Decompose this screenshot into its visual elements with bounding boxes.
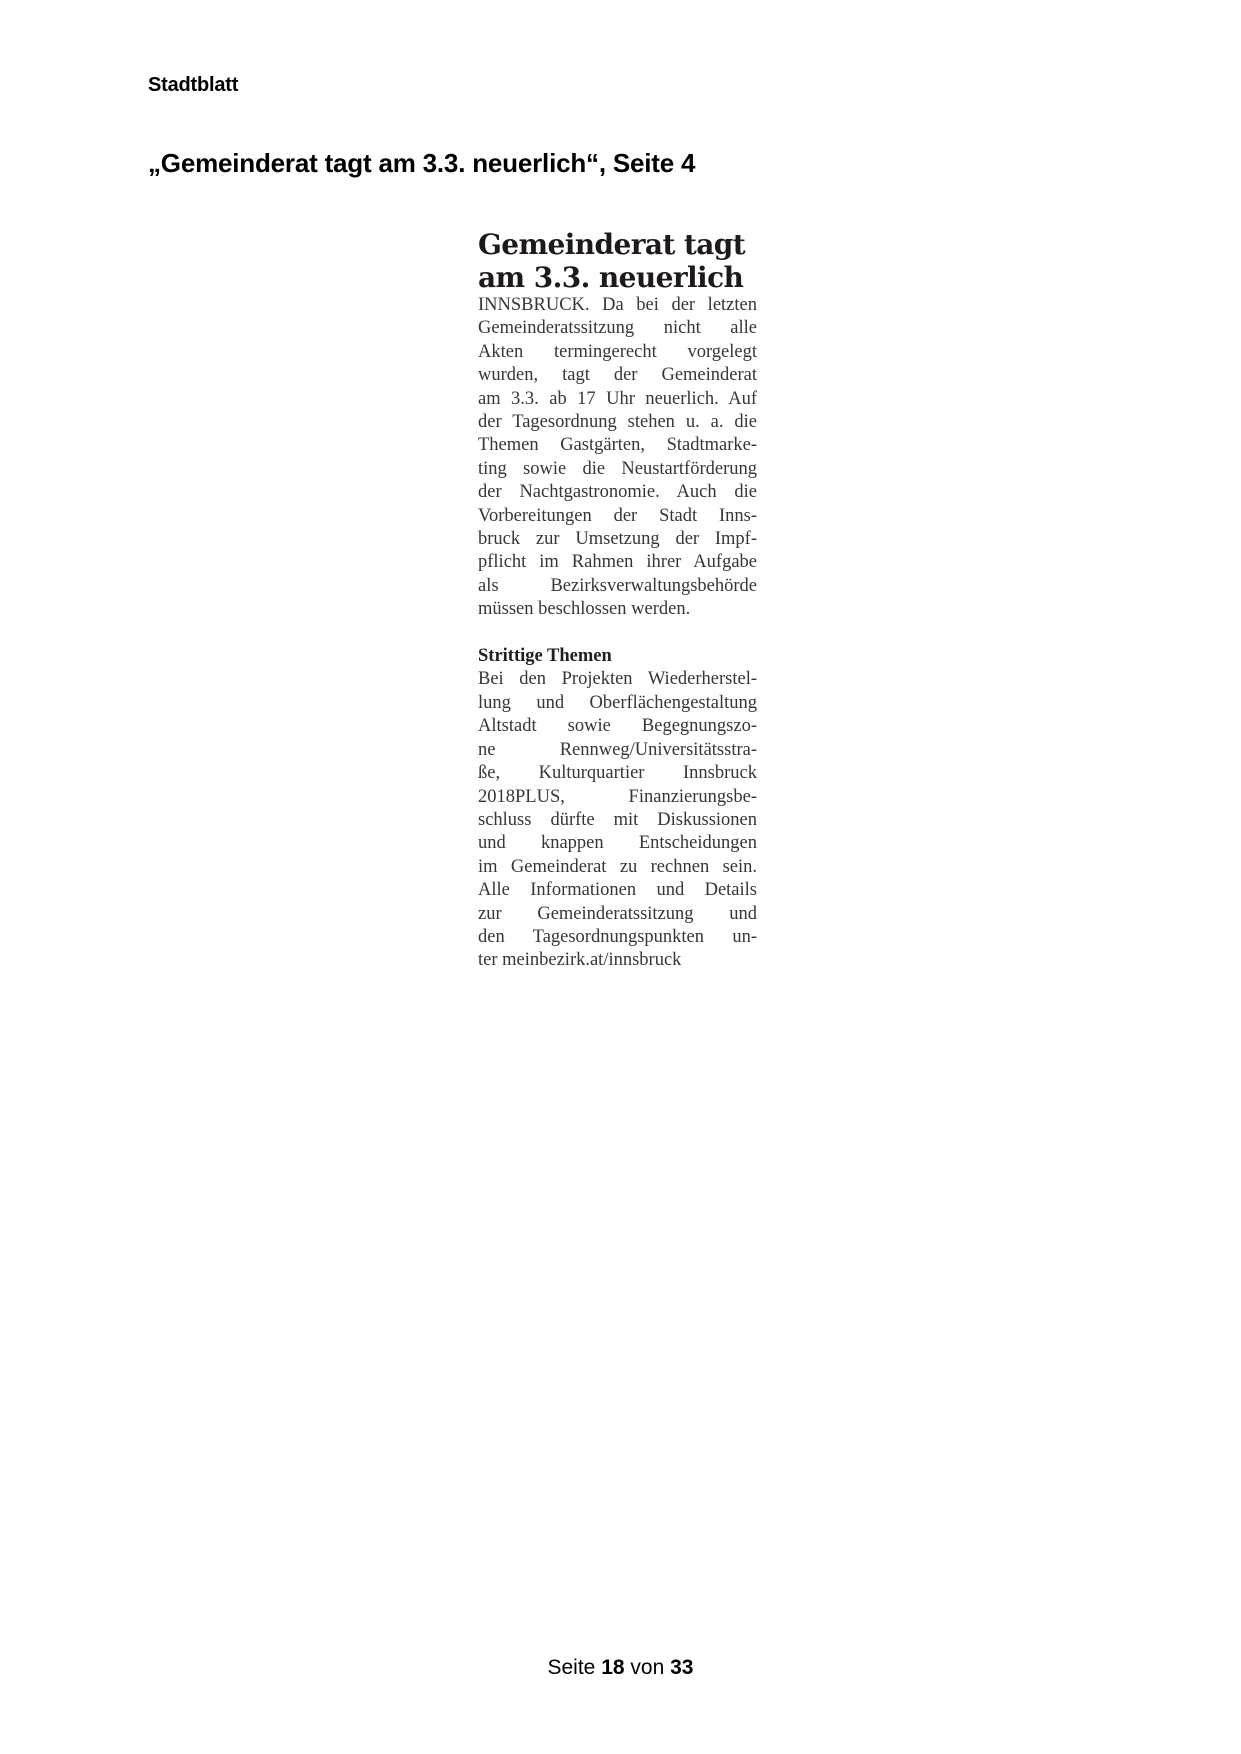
text-line: ne Rennweg/Universitätsstra- xyxy=(478,739,757,762)
text-line: ße, Kulturquartier Innsbruck xyxy=(478,762,757,785)
text-line: pflicht im Rahmen ihrer Aufgabe xyxy=(478,551,757,574)
article-title-line: am 3.3. neuerlich xyxy=(478,261,757,294)
article-title: Gemeinderat tagt am 3.3. neuerlich xyxy=(478,228,757,294)
text-line: müssen beschlossen werden. xyxy=(478,598,757,621)
text-line: Akten termingerecht vorgelegt xyxy=(478,341,757,364)
text-line: wurden, tagt der Gemeinderat xyxy=(478,364,757,387)
text-line: den Tagesordnungspunkten un- xyxy=(478,926,757,949)
text-line: Gemeinderatssitzung nicht alle xyxy=(478,317,757,340)
text-line: lung und Oberflächengestaltung xyxy=(478,692,757,715)
current-page-number: 18 xyxy=(601,1656,624,1679)
text-line: als Bezirksverwaltungsbehörde xyxy=(478,575,757,598)
text-line: ting sowie die Neustartförderung xyxy=(478,458,757,481)
article-paragraph-1: INNSBRUCK. Da bei der letzten Gemeindera… xyxy=(478,294,757,622)
text-line: Altstadt sowie Begegnungszo- xyxy=(478,715,757,738)
text-line: zur Gemeinderatssitzung und xyxy=(478,903,757,926)
text-line: und knappen Entscheidungen xyxy=(478,832,757,855)
text-line: Themen Gastgärten, Stadtmarke- xyxy=(478,434,757,457)
page-number-footer: Seite 18 von 33 xyxy=(0,1656,1241,1680)
text-line: der Tagesordnung stehen u. a. die xyxy=(478,411,757,434)
text-line: bruck zur Umsetzung der Impf- xyxy=(478,528,757,551)
text-line: im Gemeinderat zu rechnen sein. xyxy=(478,856,757,879)
text-line: 2018PLUS, Finanzierungsbe- xyxy=(478,786,757,809)
article-subheading: Strittige Themen xyxy=(478,645,757,668)
text-line: am 3.3. ab 17 Uhr neuerlich. Auf xyxy=(478,388,757,411)
article-title-line: Gemeinderat tagt xyxy=(478,228,757,261)
text-line: Vorbereitungen der Stadt Inns- xyxy=(478,505,757,528)
text-line: der Nachtgastronomie. Auch die xyxy=(478,481,757,504)
text-line: Bei den Projekten Wiederherstel- xyxy=(478,668,757,691)
text-line: schluss dürfte mit Diskussionen xyxy=(478,809,757,832)
text-line: ter meinbezirk.at/innsbruck xyxy=(478,949,757,972)
clipping-headline: „Gemeinderat tagt am 3.3. neuerlich“, Se… xyxy=(148,148,695,179)
total-page-count: 33 xyxy=(670,1656,693,1679)
text-line: Alle Informationen und Details xyxy=(478,879,757,902)
page-label: Seite xyxy=(548,1656,596,1679)
article-paragraph-2: Bei den Projekten Wiederherstel- lung un… xyxy=(478,668,757,972)
text-line: INNSBRUCK. Da bei der letzten xyxy=(478,294,757,317)
newspaper-clipping: Gemeinderat tagt am 3.3. neuerlich INNSB… xyxy=(478,228,757,973)
source-publication-label: Stadtblatt xyxy=(148,74,238,97)
page-separator: von xyxy=(630,1656,664,1679)
